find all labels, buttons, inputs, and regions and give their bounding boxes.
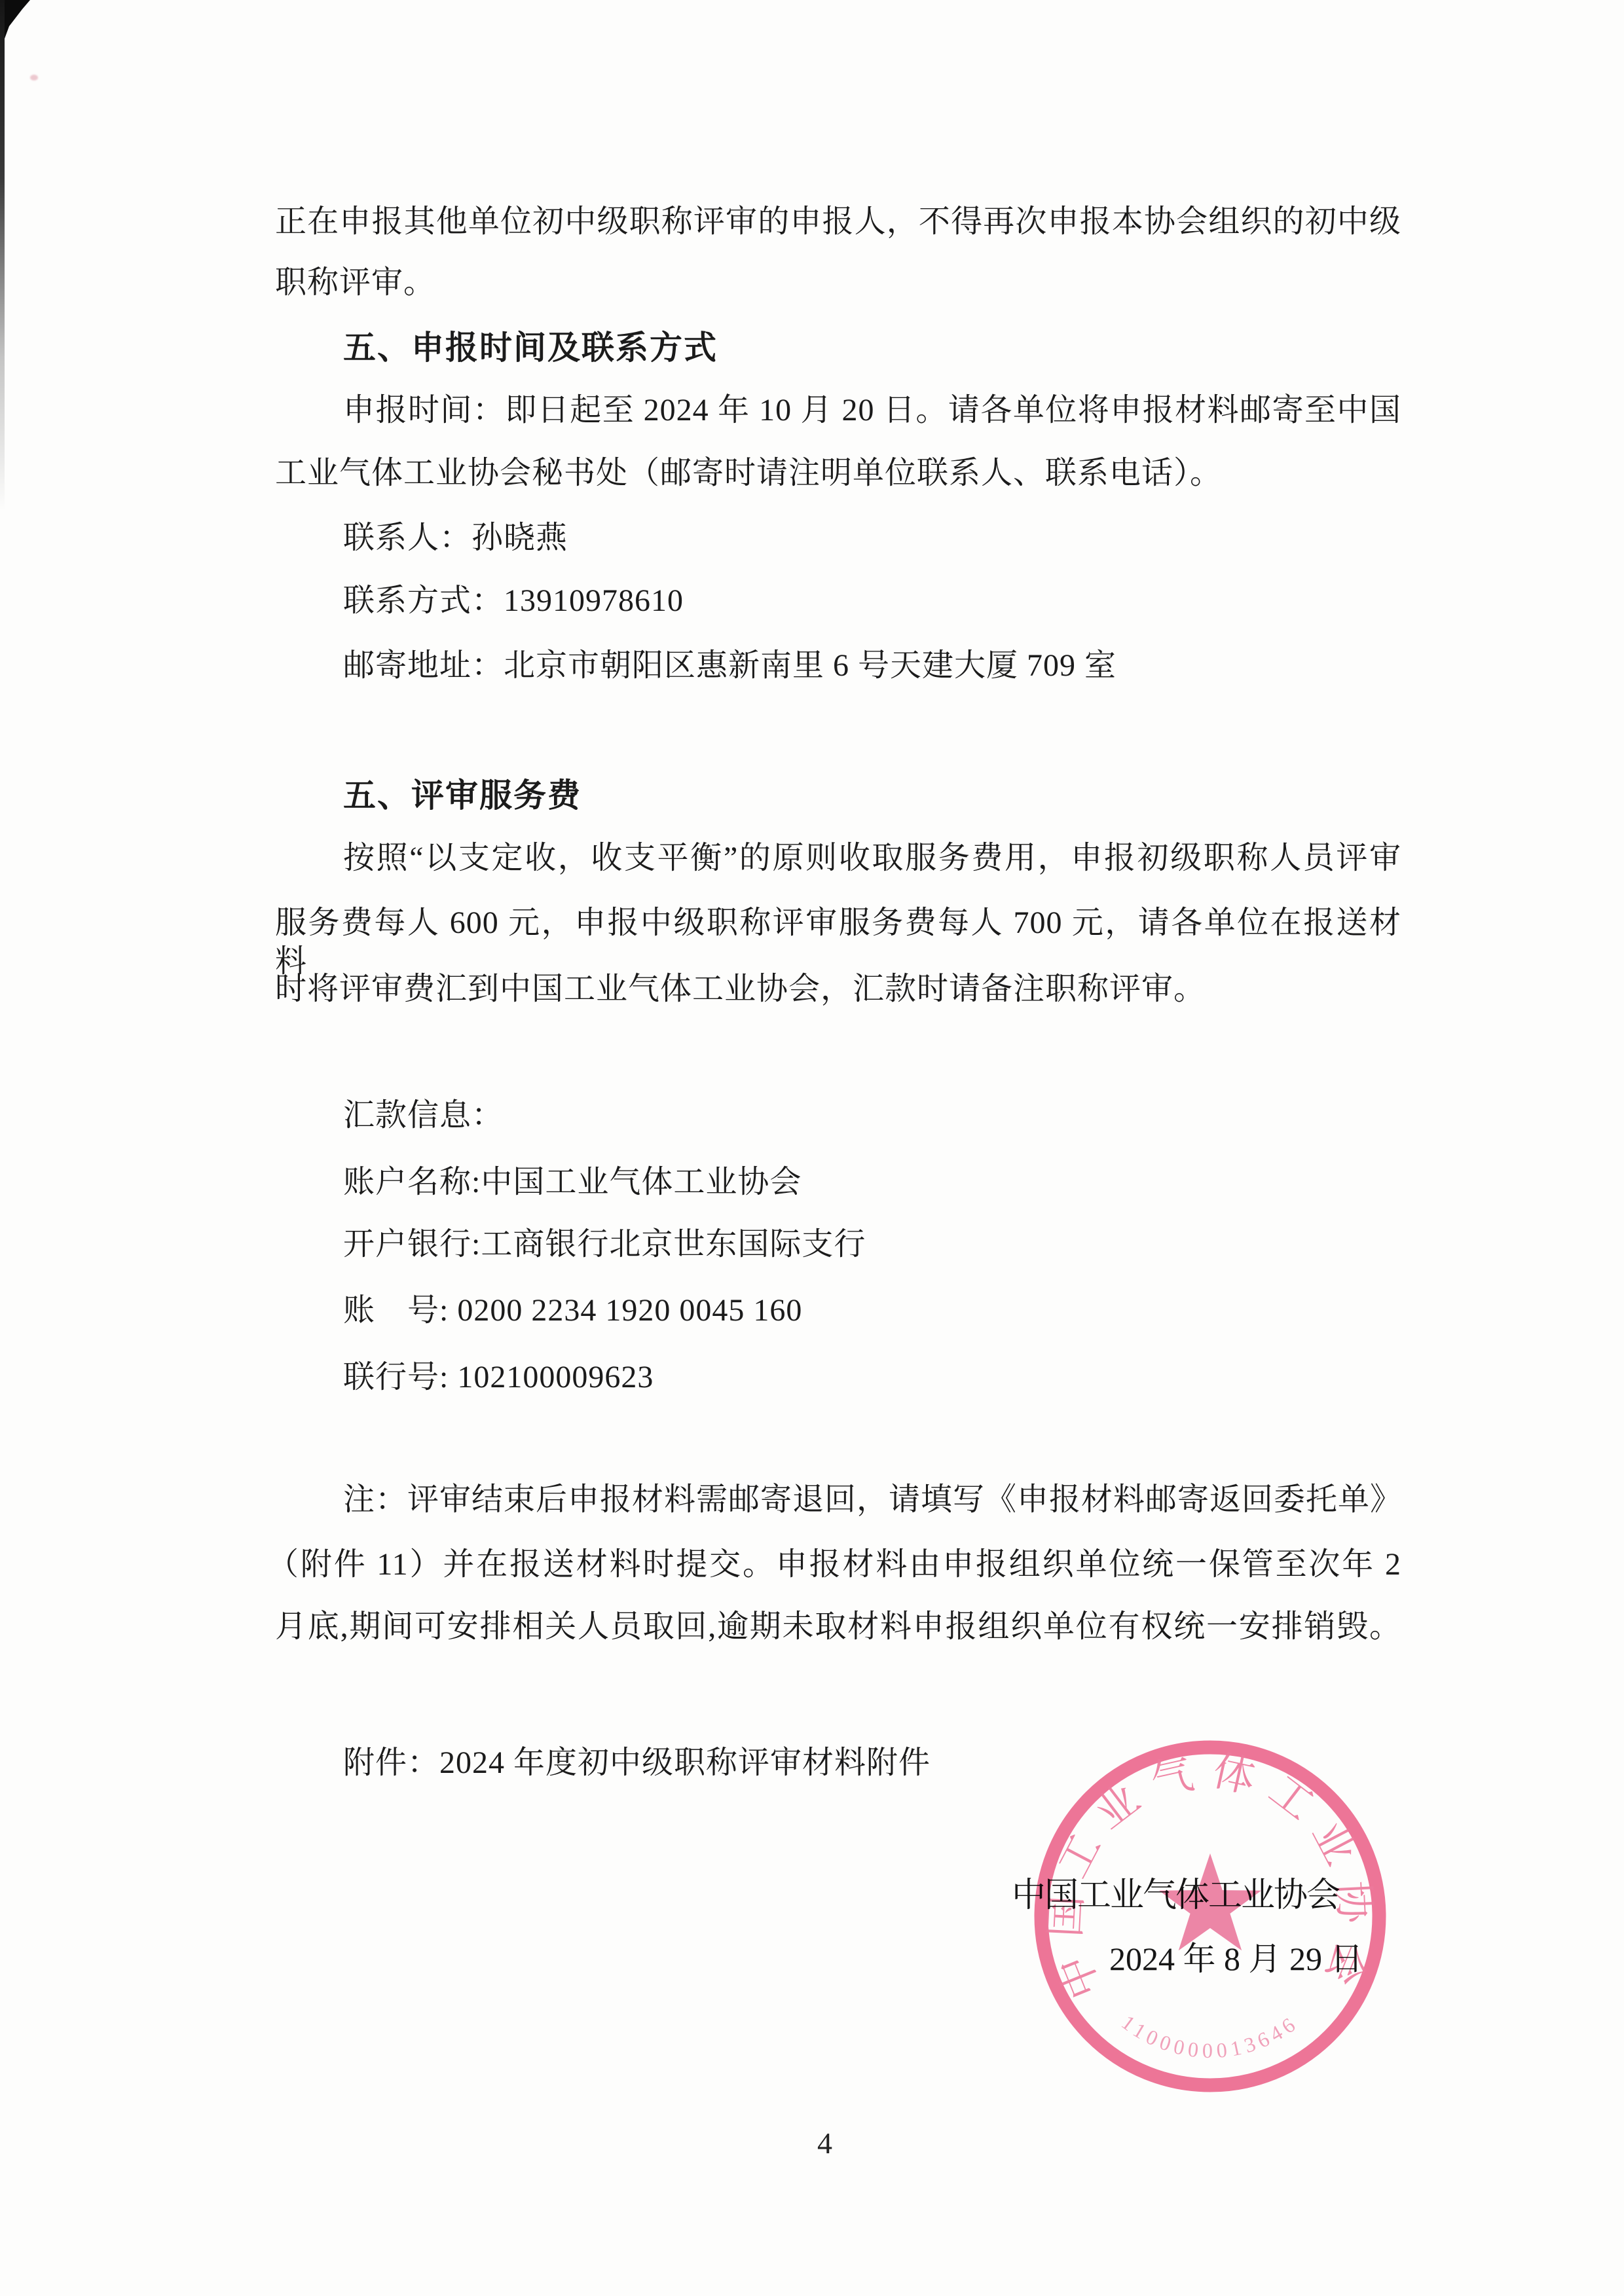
doc-line: 正在申报其他单位初中级职称评审的申报人，不得再次申报本协会组织的初中级	[275, 203, 1401, 242]
doc-line: 职称评审。	[275, 264, 435, 302]
note-line: 月底,期间可安排相关人员取回,逾期未取材料申报组织单位有权统一安排销毁。	[275, 1608, 1401, 1647]
account-number-line: 账 号: 0200 2234 1920 0045 160	[343, 1292, 802, 1330]
remittance-info-label: 汇款信息：	[343, 1097, 504, 1135]
scan-edge-shadow	[0, 0, 5, 511]
doc-line: 工业气体工业协会秘书处（邮寄时请注明单位联系人、联系电话）。	[275, 454, 1222, 493]
section-heading-fee: 五、评审服务费	[343, 776, 581, 816]
official-red-seal: 中国工业气体工业协会 1100000013646	[1027, 1733, 1393, 2100]
bank-name-line: 开户银行:工商银行北京世东国际支行	[343, 1226, 866, 1264]
note-line: 注：评审结束后申报材料需邮寄退回，请填写《申报材料邮寄返回委托单》	[343, 1481, 1401, 1520]
signature-organization: 中国工业气体工业协会	[1012, 1867, 1339, 1916]
page-number: 4	[817, 2126, 832, 2160]
mail-address-line: 邮寄地址：北京市朝阳区惠新南里 6 号天建大厦 709 室	[343, 647, 1116, 685]
seal-ring	[1041, 1747, 1379, 2085]
scan-smudge	[30, 75, 38, 81]
doc-line: 时将评审费汇到中国工业气体工业协会，汇款时请备注职称评审。	[275, 970, 1206, 1009]
account-name-line: 账户名称:中国工业气体工业协会	[343, 1163, 802, 1202]
signature-date: 2024 年 8 月 29 日	[1109, 1933, 1363, 1980]
doc-line: 服务费每人 600 元，申报中级职称评审服务费每人 700 元，请各单位在报送材…	[275, 904, 1401, 981]
seal-serial-number: 1100000013646	[1117, 2010, 1303, 2062]
note-line: （附件 11）并在报送材料时提交。申报材料由申报组织单位统一保管至次年 2	[267, 1546, 1401, 1584]
bank-code-line: 联行号: 102100009623	[343, 1358, 654, 1397]
doc-line: 申报时间：即日起至 2024 年 10 月 20 日。请各单位将申报材料邮寄至中…	[343, 392, 1401, 430]
attachment-line: 附件：2024 年度初中级职称评审材料附件	[343, 1744, 931, 1783]
section-heading-contact: 五、申报时间及联系方式	[343, 328, 718, 368]
contact-person-line: 联系人：孙晓燕	[343, 519, 568, 558]
doc-line: 按照“以支定收，收支平衡”的原则收取服务费用，申报初级职称人员评审	[343, 839, 1401, 878]
contact-phone-line: 联系方式：13910978610	[343, 582, 684, 621]
scanned-document-page: { "page": { "number": "4" }, "colors": {…	[0, 0, 1624, 2296]
